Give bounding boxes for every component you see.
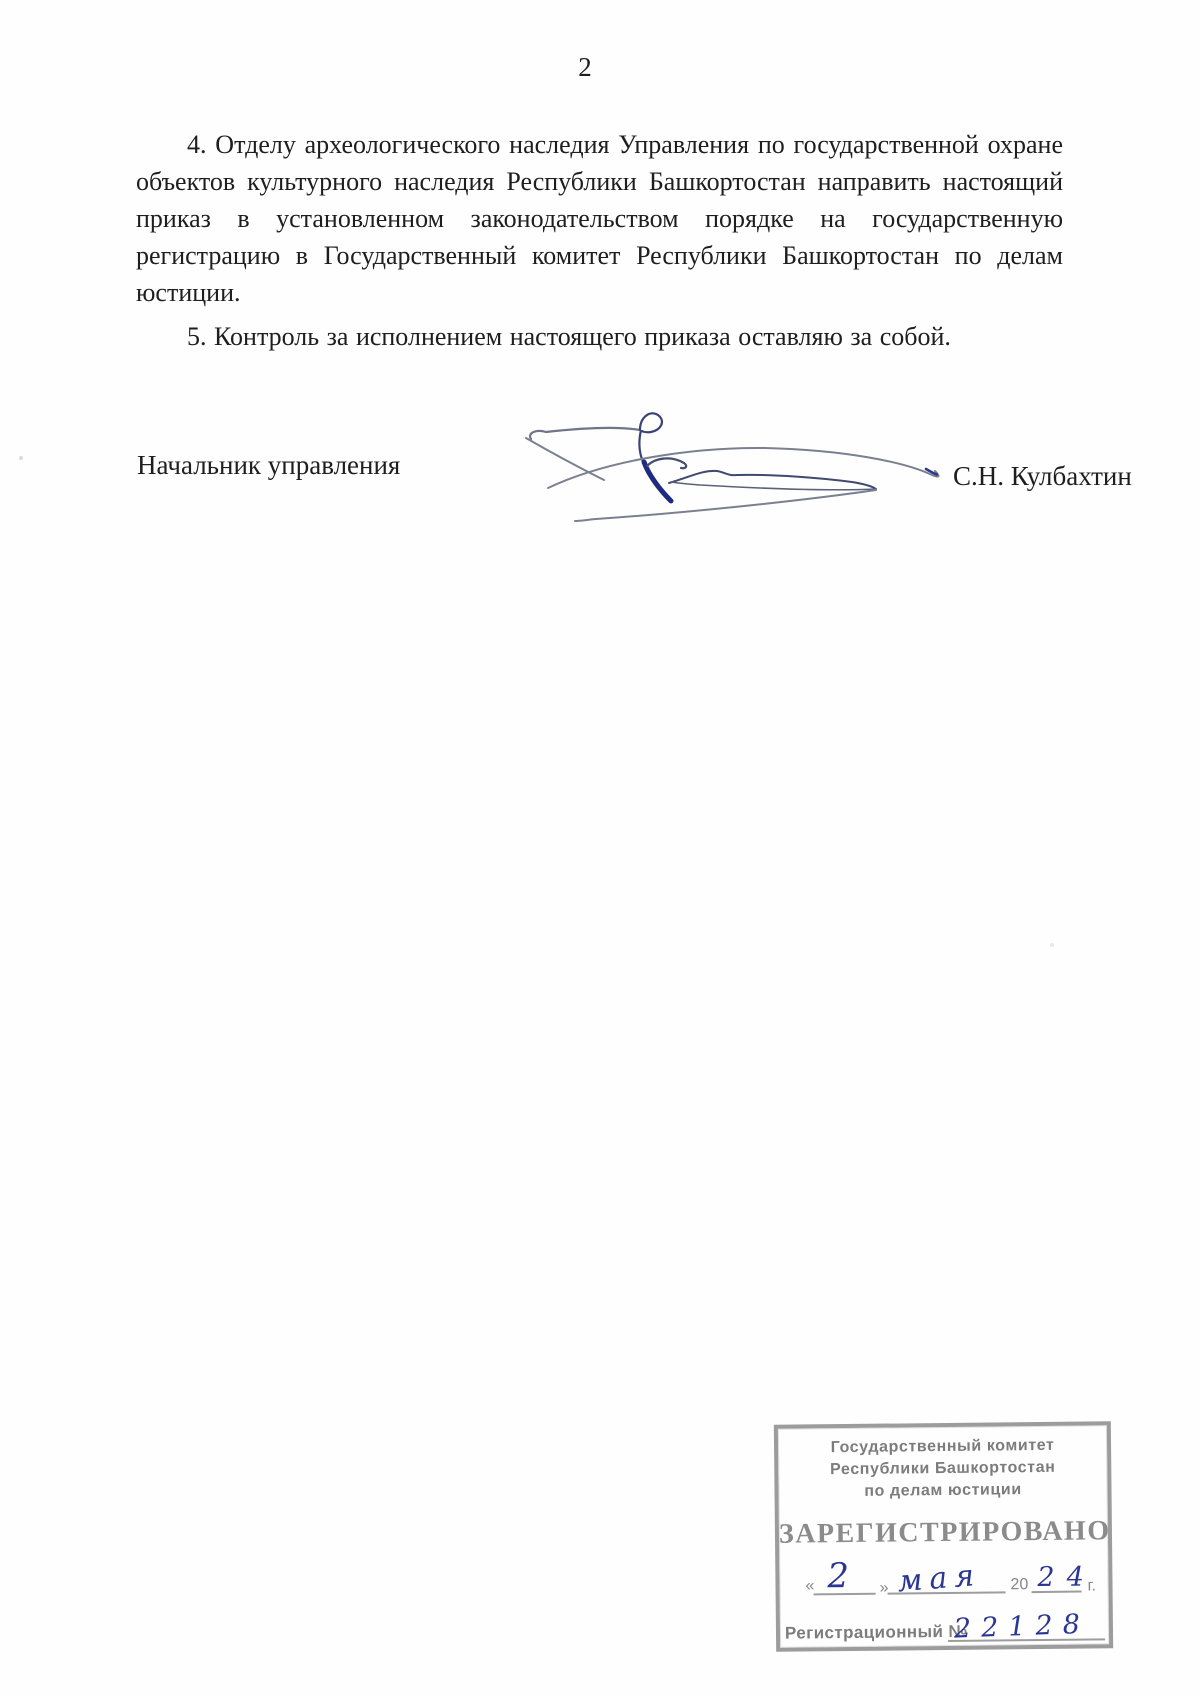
stamp-reg-number-handwritten: 22128: [953, 1609, 1090, 1645]
stamp-registered-label: ЗАРЕГИСТРИРОВАНО: [779, 1515, 1108, 1550]
paragraph-spacer: [136, 311, 1063, 318]
scan-speck: [19, 456, 23, 460]
stamp-year-suffix: г.: [1087, 1577, 1096, 1595]
paragraph-4-line: объектов культурного наследия Республики…: [136, 163, 1063, 200]
paragraph-4-line: юстиции.: [136, 274, 1063, 311]
signatory-name: С.Н. Кулбахтин: [953, 461, 1132, 492]
paragraph-4-line: приказ в установленном законодательством…: [136, 200, 1063, 237]
stamp-close-quote: »: [879, 1580, 888, 1598]
paragraph-5-line: 5. Контроль за исполнением настоящего пр…: [136, 318, 1063, 355]
scan-speck: [1050, 943, 1054, 947]
stamp-org-line: Государственный комитет: [778, 1436, 1107, 1457]
paragraph-4-line: регистрацию в Государственный комитет Ре…: [136, 237, 1063, 274]
signatory-title: Начальник управления: [137, 450, 400, 481]
registration-stamp: Государственный комитет Республики Башко…: [774, 1421, 1113, 1652]
stamp-year-prefix: 20: [1010, 1576, 1028, 1594]
paragraph-4-line: 4. Отделу археологического наследия Упра…: [136, 126, 1063, 163]
document-body: 4. Отделу археологического наследия Упра…: [136, 126, 1063, 355]
document-page: 2 4. Отделу археологического наследия Уп…: [0, 0, 1200, 1696]
stamp-reg-label: Регистрационный №: [785, 1622, 968, 1644]
handwritten-signature-icon: [520, 406, 952, 528]
stamp-org-line: Республики Башкортостан: [778, 1458, 1107, 1479]
stamp-day-handwritten: 2: [827, 1556, 849, 1596]
page-number: 2: [0, 52, 1170, 83]
stamp-org-line: по делам юстиции: [778, 1480, 1107, 1501]
stamp-month-handwritten: мая: [896, 1558, 982, 1600]
